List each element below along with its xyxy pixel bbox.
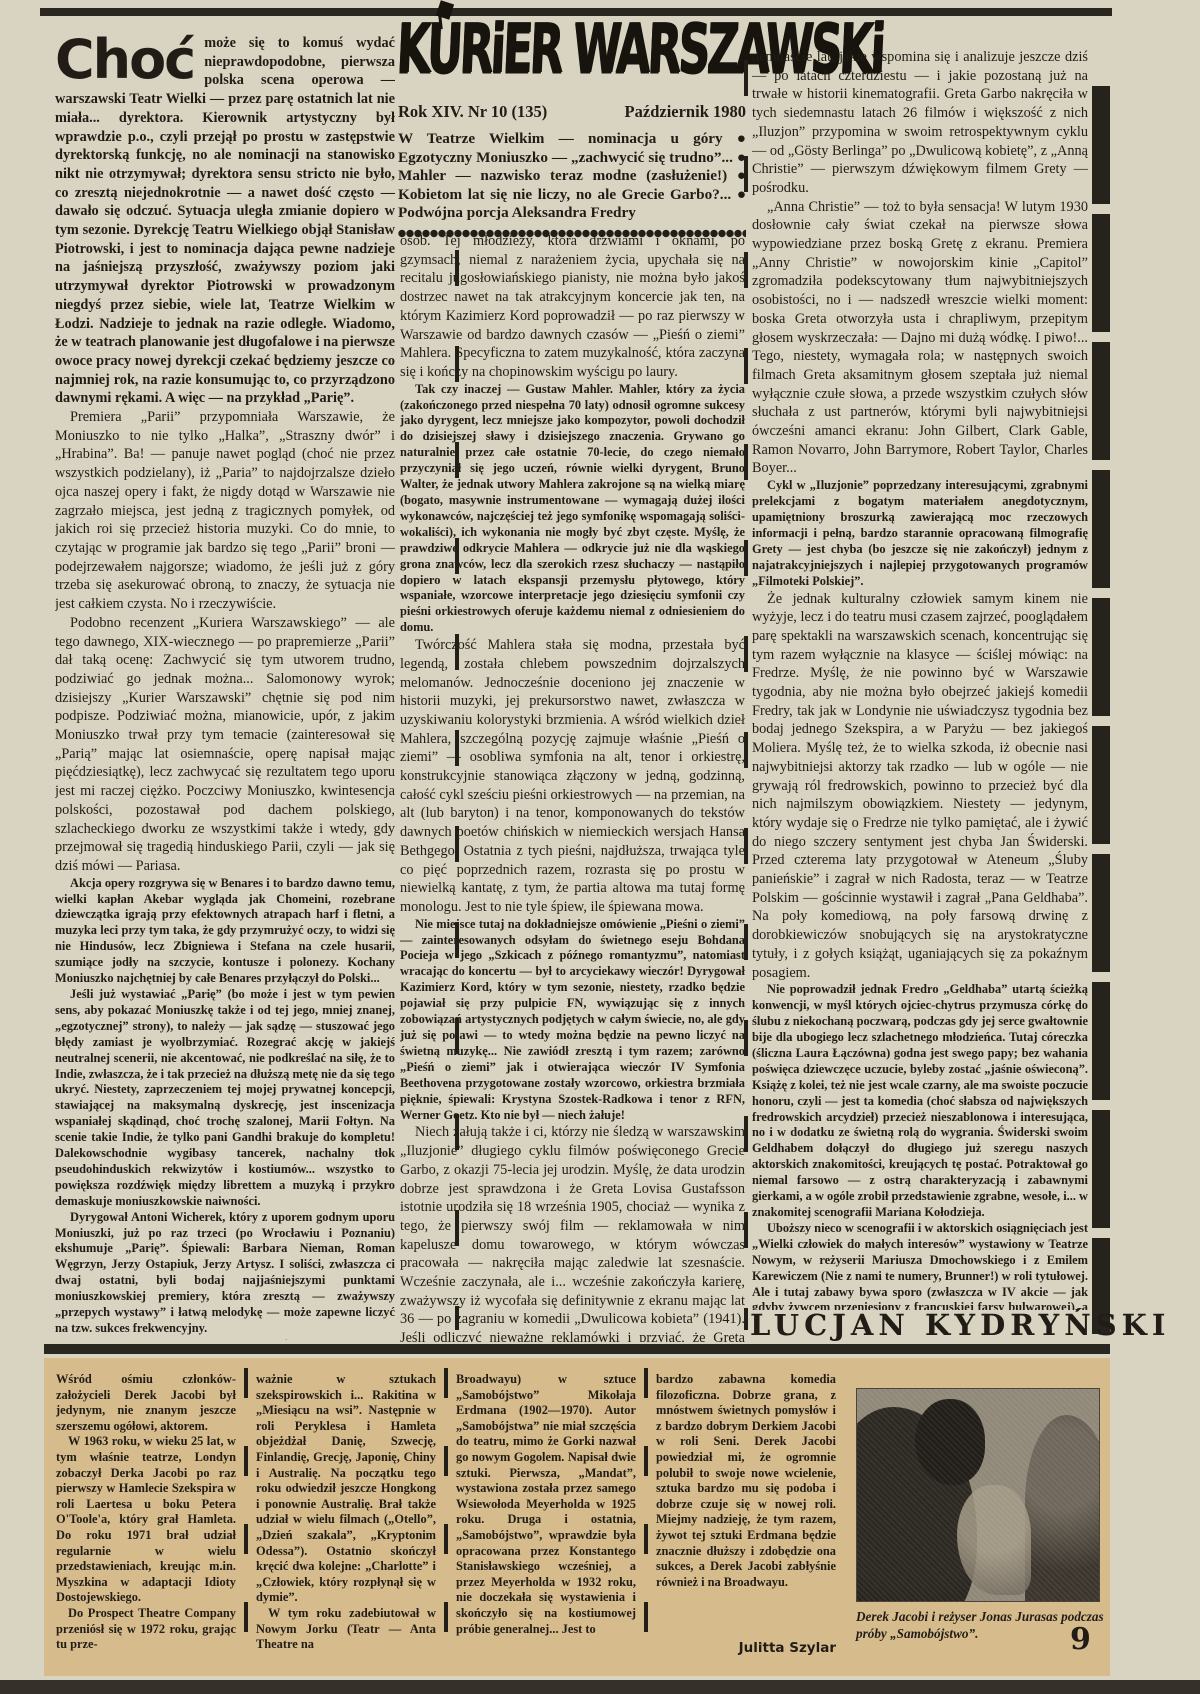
- feature-column-3: Broadwayu) w sztuce „Samobójstwo” Mikoła…: [456, 1372, 636, 1664]
- paragraph: A w Filharmonii? Gdy tylko skończył się …: [55, 1337, 395, 1340]
- newspaper-title: KURiER WARSZAWSKi: [395, 16, 746, 84]
- lead-summary: W Teatrze Wielkim — nominacja u góry ● E…: [398, 130, 746, 223]
- paragraph: Wśród ośmiu członków-założycieli Derek J…: [56, 1372, 236, 1434]
- feature-column-1: Wśród ośmiu członków-założycieli Derek J…: [56, 1372, 236, 1664]
- paragraph: osób. Tej młodzieży, która drzwiami i ok…: [400, 232, 745, 382]
- feature-text-3: Broadwayu) w sztuce „Samobójstwo” Mikoła…: [456, 1372, 636, 1637]
- paragraph: Tak czy inaczej — Gustaw Mahler. Mahler,…: [400, 382, 745, 637]
- feature-column-rule-1: [244, 1368, 248, 1664]
- issue-number: Rok XIV. Nr 10 (135): [398, 102, 547, 122]
- photo-derek-jacobi-rehearsal: [856, 1388, 1100, 1602]
- bottom-scan-edge: [0, 1680, 1200, 1694]
- bottom-feature-panel: Wśród ośmiu członków-założycieli Derek J…: [44, 1358, 1110, 1676]
- newspaper-page: KURiER WARSZAWSKi Rok XIV. Nr 10 (135) P…: [0, 0, 1200, 1694]
- article-column-middle: osób. Tej młodzieży, która drzwiami i ok…: [400, 232, 745, 1342]
- paragraph: ważnie w sztukach szekspirowskich i... R…: [256, 1372, 436, 1606]
- paragraph: Nie poprowadził jednak Fredro „Geldhaba”…: [752, 982, 1088, 1221]
- paragraph: Podobno recenzent „Kuriera Warszawskiego…: [55, 614, 395, 876]
- right-edge-bar: [1092, 86, 1110, 1334]
- paragraph: Cykl w „Iluzjonie” poprzedzany interesuj…: [752, 478, 1088, 589]
- paragraph: Że jednak kulturalny człowiek samym kine…: [752, 590, 1088, 983]
- feature-column-4: bardzo zabawna komedia filozoficzna. Dob…: [656, 1372, 836, 1664]
- author-signature: LUCJAN KYDRYŃSKI: [750, 1308, 1090, 1342]
- paragraph: Do Prospect Theatre Company przeniósł si…: [56, 1606, 236, 1653]
- page-number: 9: [1070, 1622, 1091, 1657]
- paragraph: Akcja opery rozgrywa się w Benares i to …: [55, 876, 395, 987]
- paragraph: Broadwayu) w sztuce „Samobójstwo” Mikoła…: [456, 1372, 636, 1637]
- column-rule-1: [455, 250, 459, 1330]
- paragraph: Jeśli już wystawiać „Parię” (bo może i j…: [55, 987, 395, 1210]
- article-column-right: demnaście lat, jakie wspomina się i anal…: [752, 48, 1088, 1310]
- feature-text-1: Wśród ośmiu członków-założycieli Derek J…: [56, 1372, 236, 1653]
- paragraph: „Anna Christie” — toż to była sensacja! …: [752, 198, 1088, 479]
- feature-column-rule-3: [644, 1368, 648, 1664]
- paragraph: Premiera „Parii” przypomniała Warszawie,…: [55, 408, 395, 614]
- paragraph: Dyrygował Antoni Wicherek, który z upore…: [55, 1210, 395, 1337]
- article-text-right: demnaście lat, jakie wspomina się i anal…: [752, 48, 1088, 1310]
- feature-text-2: ważnie w sztukach szekspirowskich i... R…: [256, 1372, 436, 1653]
- issue-date: Październik 1980: [625, 102, 746, 122]
- paragraph: bardzo zabawna komedia filozoficzna. Dob…: [656, 1372, 836, 1590]
- paragraph: demnaście lat, jakie wspomina się i anal…: [752, 48, 1088, 198]
- paragraph: W tym roku zadebiutował w Nowym Jorku (T…: [256, 1606, 436, 1653]
- feature-author-signature: Julitta Szylar: [656, 1640, 836, 1656]
- photo-halftone-grain: [857, 1389, 1099, 1601]
- feature-column-2: ważnie w sztukach szekspirowskich i... R…: [256, 1372, 436, 1664]
- feature-text-4: bardzo zabawna komedia filozoficzna. Dob…: [656, 1372, 836, 1590]
- paragraph: Nie miejsce tutaj na dokładniejsze omówi…: [400, 917, 745, 1124]
- section-divider-rule: [44, 1344, 1110, 1354]
- article-text-middle: osób. Tej młodzieży, która drzwiami i ok…: [400, 232, 745, 1342]
- column-rule-2: [744, 60, 748, 1330]
- paragraph: Twórczość Mahlera stała się modna, przes…: [400, 636, 745, 917]
- feature-column-rule-2: [444, 1368, 448, 1664]
- photo-caption: Derek Jacobi i reżyser Jonas Jurasas pod…: [856, 1608, 1106, 1642]
- article-text-left: może się to komuś wydać nieprawdopodobne…: [55, 34, 395, 1340]
- paragraph: może się to komuś wydać nieprawdopodobne…: [55, 34, 395, 408]
- masthead: KURiER WARSZAWSKi Rok XIV. Nr 10 (135) P…: [398, 16, 746, 238]
- paragraph: Uboższy nieco w scenografii i w aktorski…: [752, 1221, 1088, 1310]
- drop-cap: Choć: [55, 34, 204, 82]
- paragraph: W 1963 roku, w wieku 25 lat, w tym właśn…: [56, 1434, 236, 1606]
- paragraph: Niech żałują także i ci, którzy nie śled…: [400, 1123, 745, 1342]
- article-column-left: Choć może się to komuś wydać nieprawdopo…: [55, 34, 395, 1340]
